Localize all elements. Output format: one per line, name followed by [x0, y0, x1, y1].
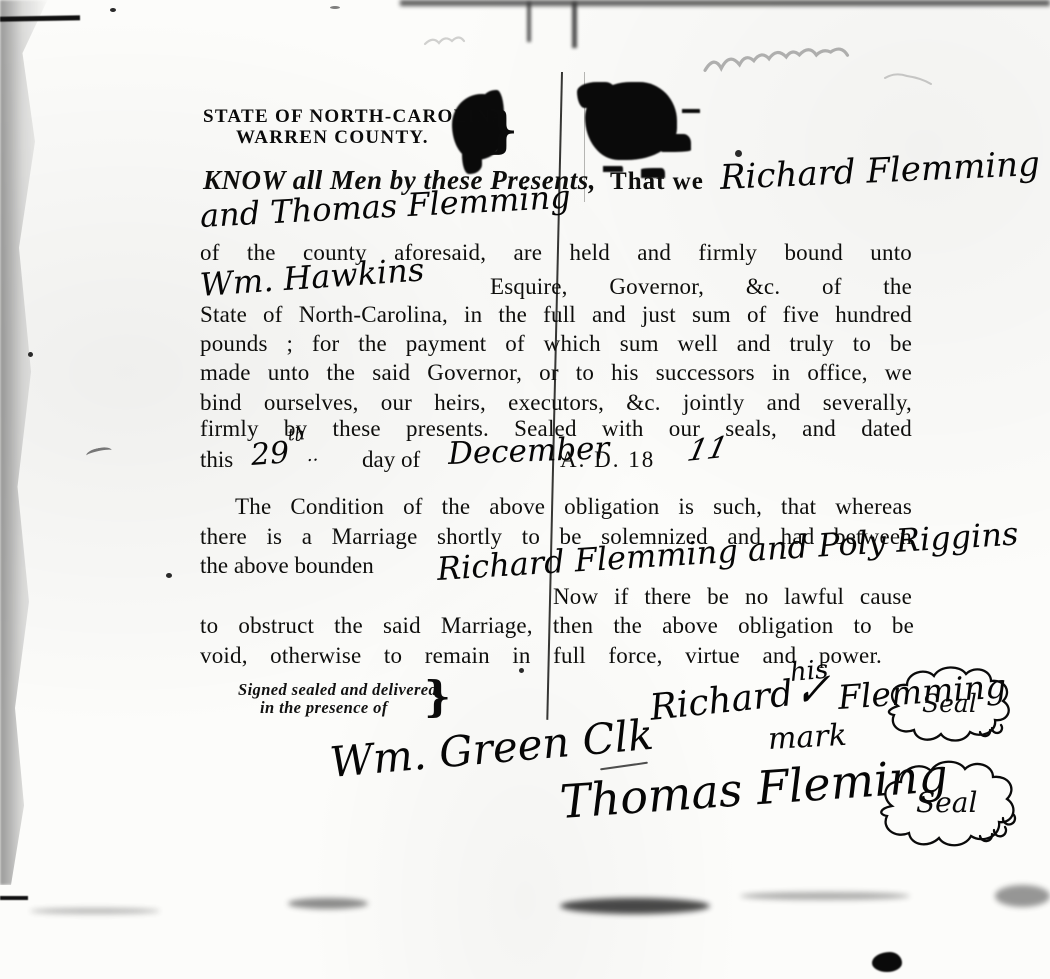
bottom-smudge: [740, 892, 910, 900]
date-ad-label: A. D. 18: [560, 447, 655, 473]
date-day-dots: ..: [306, 444, 319, 466]
speck: [735, 150, 742, 157]
richard-seal-label: Seal: [922, 689, 977, 718]
speck: [28, 352, 33, 357]
bottom-smudge: [560, 898, 710, 914]
that-we-phrase: That we: [610, 168, 704, 196]
richard-first-name: Richard: [648, 673, 795, 729]
attestation-line-1: Signed sealed and delivered: [238, 680, 437, 700]
condition-line-void: void, otherwise to remain in full force,…: [200, 643, 882, 669]
bottom-ink-blob: [872, 952, 902, 972]
attestation-brace: }: [424, 672, 451, 721]
top-left-edge-line: [0, 15, 80, 21]
bottom-smudge: [288, 898, 368, 909]
bleed-through-script: [415, 30, 975, 110]
date-this-label: this: [200, 447, 233, 473]
scanned-marriage-bond-document: STATE OF NORTH-CAROLINA WARREN COUNTY. }…: [0, 0, 1050, 979]
bottom-smudge: [995, 885, 1050, 907]
signature-principal-name: Richard Flemming: [719, 144, 1041, 198]
date-day-handwritten: 29th..: [250, 433, 319, 473]
attestation-line-2: in the presence of: [260, 698, 388, 718]
speck: [519, 668, 524, 673]
thomas-seal-label: Seal: [916, 786, 977, 819]
ink-blot-top-center: [585, 82, 677, 160]
margin-pen-mark: [85, 445, 113, 460]
torn-paper-left-edge: [0, 0, 50, 885]
header-county-line: WARREN COUNTY.: [236, 127, 429, 149]
condition-line-now: Now if there be no lawful cause: [553, 584, 912, 610]
thomas-seal: Seal: [872, 756, 1022, 851]
body-line-bind: bind ourselves, our heirs, executors, &c…: [200, 390, 912, 416]
richard-seal: Seal: [880, 662, 1020, 744]
date-day-ordinal: th: [287, 424, 306, 444]
body-line-state: State of North-Carolina, in the full and…: [200, 302, 912, 328]
header-brace: }: [486, 100, 518, 159]
bottom-smudge: [30, 908, 160, 914]
speck: [166, 573, 172, 578]
date-day-number: 29: [250, 435, 291, 473]
condition-bounden-label: the above bounden: [200, 553, 374, 579]
body-line-pounds: pounds ; for the payment of which sum we…: [200, 331, 912, 357]
body-line-esquire: Esquire, Governor, &c. of the: [490, 274, 912, 300]
speck: [330, 6, 340, 9]
date-day-of-label: day of: [362, 447, 420, 473]
richard-mark-label: mark: [767, 718, 848, 757]
richard-mark-icon: ✓: [793, 663, 831, 718]
speck: [110, 8, 116, 12]
date-year-handwritten: 11: [684, 430, 731, 469]
condition-line-obstruct: to obstruct the said Marriage, then the …: [200, 613, 914, 639]
body-line-made: made unto the said Governor, or to his s…: [200, 360, 912, 386]
top-edge-shadow: [400, 0, 1050, 6]
bottom-left-edge-mark: [0, 896, 28, 900]
condition-line-1: The Condition of the above obligation is…: [235, 494, 912, 520]
header-state-line: STATE OF NORTH-CAROLINA: [203, 106, 506, 128]
